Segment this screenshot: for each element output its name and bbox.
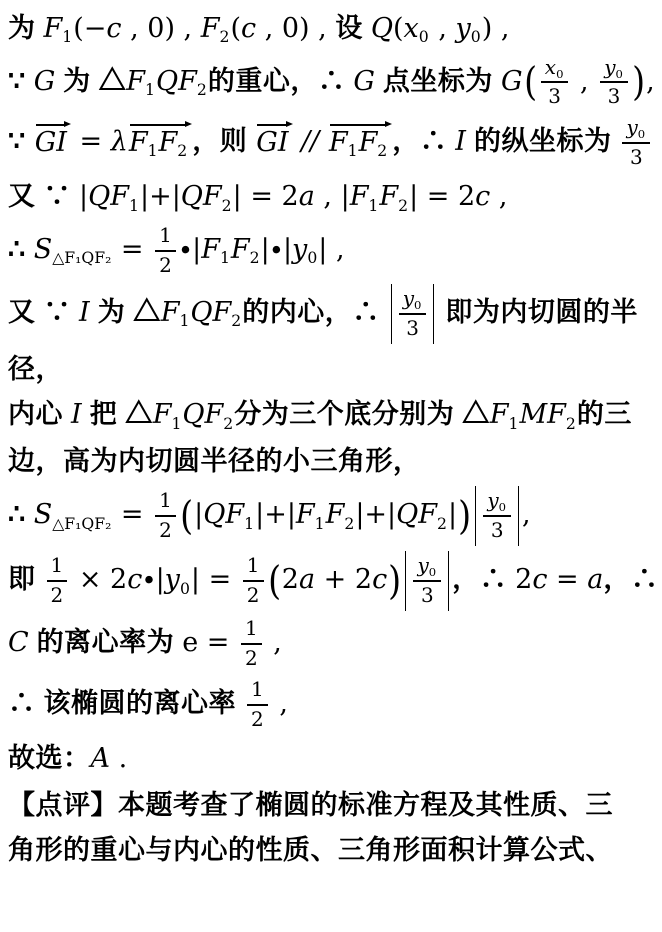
math-roman: (− [73,13,106,44]
math-variable: F [329,127,348,158]
vector-arrow-icon [130,124,186,126]
math-variable: c [475,181,490,212]
math-variable: F [161,297,180,328]
fraction-numerator: y0 [399,286,427,315]
text-line: 内心 I 把 △F1QF2分为三个底分别为 △F1MF2的三 [8,394,658,436]
math-variable: GI [35,127,67,158]
fraction: y03 [483,488,511,544]
vector-body: F1F2 [129,127,188,157]
vector-arrow-icon [257,124,286,126]
math-variable: x [545,55,556,79]
math-variable: y [403,286,414,310]
math-subscript: 2 [223,414,233,433]
math-variable: F [201,234,220,265]
cjk-text: 又 ∵ [8,181,79,211]
math-subscript: 1 [348,141,358,160]
text-line: 即 12 × 2c∙|y0| = 12(2a + 2c)y03，∴ 2c = a… [8,551,658,611]
math-roman: 3 [630,145,643,169]
fraction-denominator: 3 [491,517,504,544]
fraction-denominator: 3 [421,582,434,609]
math-roman: | , [318,234,344,265]
math-variable: F [44,13,63,44]
math-roman: , [646,66,655,97]
fraction-denominator: 2 [159,517,172,544]
math-roman: 3 [421,583,434,607]
math-roman: 1 [245,616,258,640]
fraction-numerator: 1 [247,677,268,706]
math-roman: | [194,499,203,530]
cjk-text: ，∴ [452,564,515,594]
fraction-denominator: 3 [630,144,643,171]
cjk-text: 的三 [577,399,632,429]
math-variable: F [159,127,178,158]
fraction-numerator: y0 [483,488,511,517]
cjk-text: 内心 [8,399,71,429]
fraction-denominator: 2 [159,252,172,279]
math-variable: y [165,564,180,595]
text-line: ∵ GI = λF1F2，则 GI // F1F2，∴ I 的纵坐标为 y03 … [8,115,658,171]
fraction: 12 [241,616,262,672]
math-subscript: 0 [615,67,622,81]
math-roman: , 0) , [122,13,201,44]
math-roman: = [71,127,111,158]
fraction-numerator: 1 [155,488,176,517]
math-variable: I [79,297,90,328]
math-roman: e = [182,627,238,658]
math-variable: F [379,181,398,212]
fraction: x03 [541,55,569,111]
math-subscript: 0 [471,27,481,46]
fraction-denominator: 3 [608,83,621,110]
math-variable: c [532,564,547,595]
math-variable: I [455,127,466,158]
math-roman: × 2 [70,564,127,595]
math-subscript: 2 [566,414,576,433]
math-roman: |+| [140,181,181,212]
math-subscript: 2 [219,27,229,46]
math-variable: y [292,234,307,265]
math-variable: F [490,399,509,430]
math-variable: G [34,66,56,97]
math-variable: QF [181,181,222,212]
math-subscript: △F₁QF₂ [52,514,111,533]
math-variable: c [241,13,256,44]
fraction-numerator: 1 [47,553,68,582]
math-subscript: 1 [171,414,181,433]
math-roman: , [490,181,507,212]
fraction: y03 [622,115,650,171]
big-paren: ) [632,63,645,102]
cjk-text: 的离心率为 [29,627,183,657]
cjk-text: ∴ 该椭圆的离心率 [8,688,244,718]
math-roman: 2 [245,646,258,670]
math-roman: , [265,627,282,658]
math-subscript: 2 [344,514,354,533]
cjk-text: 的重心，∴ [208,66,354,96]
math-subscript: 1 [509,414,519,433]
math-variable: C [8,627,29,658]
big-paren: ) [458,497,471,536]
fraction: y03 [413,553,441,609]
fraction: y03 [600,55,628,111]
math-subscript: 2 [197,80,207,99]
math-variable: G [353,66,375,97]
cjk-text: 径， [8,354,63,384]
math-variable: c [372,564,387,595]
math-variable: S [34,499,53,530]
vector-expression: GI [34,121,71,156]
math-roman: 2 [51,583,64,607]
cjk-text: 即为内切圆的半 [437,297,638,327]
math-subscript: 2 [222,196,232,215]
fraction-denominator: 2 [251,706,264,733]
math-roman: | = 2 [233,181,299,212]
math-roman: 2 [159,253,172,277]
vector-body: F1F2 [329,127,388,157]
text-line: ∴ 该椭圆的离心率 12 , [8,677,658,733]
big-paren: ) [388,562,401,601]
cjk-text: ，∴ 椭圆 [603,564,662,594]
math-roman: , [522,499,531,530]
math-variable: F [231,234,250,265]
math-subscript: 1 [145,80,155,99]
math-roman: | [79,181,88,212]
big-paren: ( [524,63,537,102]
text-line: 又 ∵ |QF1|+|QF2| = 2a , |F1F2| = 2c , [8,176,658,218]
math-variable: x [404,13,419,44]
vector-body: GI [35,127,67,157]
math-variable: F [153,399,172,430]
cjk-text: 又 ∵ [8,297,79,327]
text-line: 为 F1(−c , 0) , F2(c , 0) , 设 Q(x0 , y0) … [8,8,658,50]
math-subscript: 0 [307,248,317,267]
math-roman: ∙| [142,564,164,595]
math-roman: = [112,234,152,265]
math-roman: 2 [159,518,172,542]
math-roman: , [571,66,597,97]
math-variable: QF [203,499,244,530]
cjk-text: ，则 [192,127,255,157]
math-variable: a [299,181,315,212]
cjk-text: 把 △ [82,399,153,429]
cjk-text: ∴ [8,234,34,264]
text-line: ∴ S△F₁QF₂ = 12(|QF1|+|F1F2|+|QF2|)y03, [8,486,658,546]
math-variable: y [626,115,637,139]
math-subscript: 2 [250,248,260,267]
fraction-numerator: 1 [243,553,264,582]
math-variable: A [91,743,111,774]
math-roman: 1 [159,223,172,247]
math-roman: ( [393,13,404,44]
math-subscript: 1 [62,27,72,46]
math-subscript: 0 [419,27,429,46]
absolute-value: y03 [391,284,435,344]
math-subscript: 2 [398,196,408,215]
solution-content: 为 F1(−c , 0) , F2(c , 0) , 设 Q(x0 , y0) … [0,0,662,871]
fraction-numerator: x0 [541,55,569,84]
fraction-denominator: 2 [245,645,258,672]
fraction-denominator: 3 [406,315,419,342]
fraction-numerator: 1 [155,223,176,252]
math-variable: c [127,564,142,595]
math-roman: | [448,499,457,530]
cjk-text: ，∴ [392,127,455,157]
math-subscript: 0 [180,579,190,598]
math-subscript: 1 [368,196,378,215]
math-roman: | = 2 [409,181,475,212]
vector-arrow-icon [330,124,386,126]
cjk-text: 即 [8,564,44,594]
fraction: 12 [155,223,176,279]
math-variable: c [106,13,121,44]
fraction-denominator: 2 [247,582,260,609]
math-variable: F [359,127,378,158]
cjk-text: ∵ [8,66,34,96]
cjk-text: 为 △ [90,297,161,327]
math-variable: GI [256,127,288,158]
math-variable: G [501,66,523,97]
math-roman: 3 [406,316,419,340]
math-subscript: 1 [315,514,325,533]
math-roman: 1 [251,677,264,701]
cjk-text: 【点评】本题考查了椭圆的标准方程及其性质、三 [8,790,613,820]
big-paren: ( [268,562,281,601]
text-line: 径， [8,349,658,390]
math-roman: ( [230,13,241,44]
fraction-numerator: y0 [622,115,650,144]
math-variable: // [293,127,328,158]
math-roman: |+| [355,499,396,530]
math-variable: QF [190,297,231,328]
math-roman: 2 [251,707,264,731]
big-paren: ( [180,497,193,536]
math-roman: 1 [51,553,64,577]
math-variable: F [296,499,315,530]
math-variable: QF [396,499,437,530]
vector-arrow-icon [36,124,65,126]
math-roman: . [110,743,127,774]
math-roman: , [430,13,456,44]
math-variable: S [34,234,53,265]
absolute-value: y03 [405,551,449,611]
math-subscript: 1 [179,311,189,330]
math-variable: QF [182,399,223,430]
math-roman: 3 [491,518,504,542]
math-roman: 2 [515,564,532,595]
math-roman: | = [191,564,240,595]
math-variable: y [487,488,498,512]
fraction: 12 [155,488,176,544]
cjk-text: 分为三个底分别为 △ [234,399,490,429]
math-variable: F [129,127,148,158]
math-roman: 2 [282,564,299,595]
math-subscript: △F₁QF₂ [52,248,111,267]
math-variable: QF [88,181,129,212]
absolute-value: y03 [475,486,519,546]
math-variable: a [299,564,315,595]
math-roman: |∙| [261,234,292,265]
cjk-text: ∴ [8,499,34,529]
math-roman: ) , [482,13,510,44]
fraction: 12 [247,677,268,733]
math-subscript: 2 [177,141,187,160]
fraction-denominator: 2 [51,582,64,609]
vector-expression: F1F2 [328,121,392,156]
math-roman: 2 [247,583,260,607]
cjk-text: 设 [335,13,371,43]
math-variable: F [350,181,369,212]
math-subscript: 1 [129,196,139,215]
cjk-text: ∵ [8,127,34,157]
math-subscript: 0 [429,565,436,579]
math-subscript: 0 [499,500,506,514]
math-variable: y [455,13,470,44]
text-line: 角形的重心与内心的性质、三角形面积计算公式、 [8,830,658,871]
math-roman: = [112,499,152,530]
vector-body: GI [256,127,288,157]
math-roman: = [547,564,587,595]
cjk-text: 的纵坐标为 [466,127,620,157]
cjk-text: 点坐标为 [375,66,501,96]
vector-expression: F1F2 [128,121,192,156]
text-line: 边，高为内切圆半径的小三角形， [8,441,658,482]
text-line: ∴ S△F₁QF₂ = 12∙|F1F2|∙|y0| , [8,223,658,279]
math-roman: 1 [247,553,260,577]
math-variable: a [587,564,603,595]
math-subscript: 1 [148,141,158,160]
text-line: C 的离心率为 e = 12 , [8,616,658,672]
fraction: y03 [399,286,427,342]
math-variable: F [201,13,220,44]
math-roman: , [271,688,288,719]
fraction-numerator: y0 [600,55,628,84]
math-roman: + 2 [315,564,372,595]
fraction-denominator: 3 [548,83,561,110]
math-variable: Q [371,13,393,44]
math-variable: F [126,66,145,97]
cjk-text: 边，高为内切圆半径的小三角形， [8,446,421,476]
math-subscript: 1 [244,514,254,533]
math-subscript: 2 [437,514,447,533]
cjk-text: 的内心，∴ [242,297,388,327]
math-variable: MF [519,399,565,430]
text-line: 故选：A . [8,738,658,780]
math-variable: λ [111,127,128,158]
cjk-text: 为 [8,13,44,43]
math-variable: y [604,55,615,79]
text-line: 【点评】本题考查了椭圆的标准方程及其性质、三 [8,785,658,826]
math-roman: 3 [548,84,561,108]
math-roman: |+| [255,499,296,530]
math-roman: , 0) , [256,13,335,44]
cjk-text: 故选： [8,743,91,773]
math-subscript: 2 [231,311,241,330]
text-line: ∵ G 为 △F1QF2的重心，∴ G 点坐标为 G(x03 , y03), [8,55,658,111]
math-subscript: 0 [414,298,421,312]
math-subscript: 0 [638,127,645,141]
math-subscript: 1 [220,248,230,267]
fraction-numerator: y0 [413,553,441,582]
math-roman: ∙| [179,234,201,265]
cjk-text: 为 △ [55,66,126,96]
fraction: 12 [243,553,264,609]
math-variable: I [71,399,82,430]
text-line: 又 ∵ I 为 △F1QF2的内心，∴ y03 即为内切圆的半 [8,284,658,344]
math-roman: , [653,127,662,158]
vector-expression: GI [255,121,292,156]
cjk-text: 角形的重心与内心的性质、三角形面积计算公式、 [8,835,613,865]
fraction: 12 [47,553,68,609]
fraction-numerator: 1 [241,616,262,645]
math-variable: F [326,499,345,530]
math-roman: 1 [159,488,172,512]
math-subscript: 2 [377,141,387,160]
math-roman: , | [315,181,350,212]
math-subscript: 0 [556,67,563,81]
math-variable: y [417,553,428,577]
math-variable: QF [156,66,197,97]
math-roman: 3 [608,84,621,108]
